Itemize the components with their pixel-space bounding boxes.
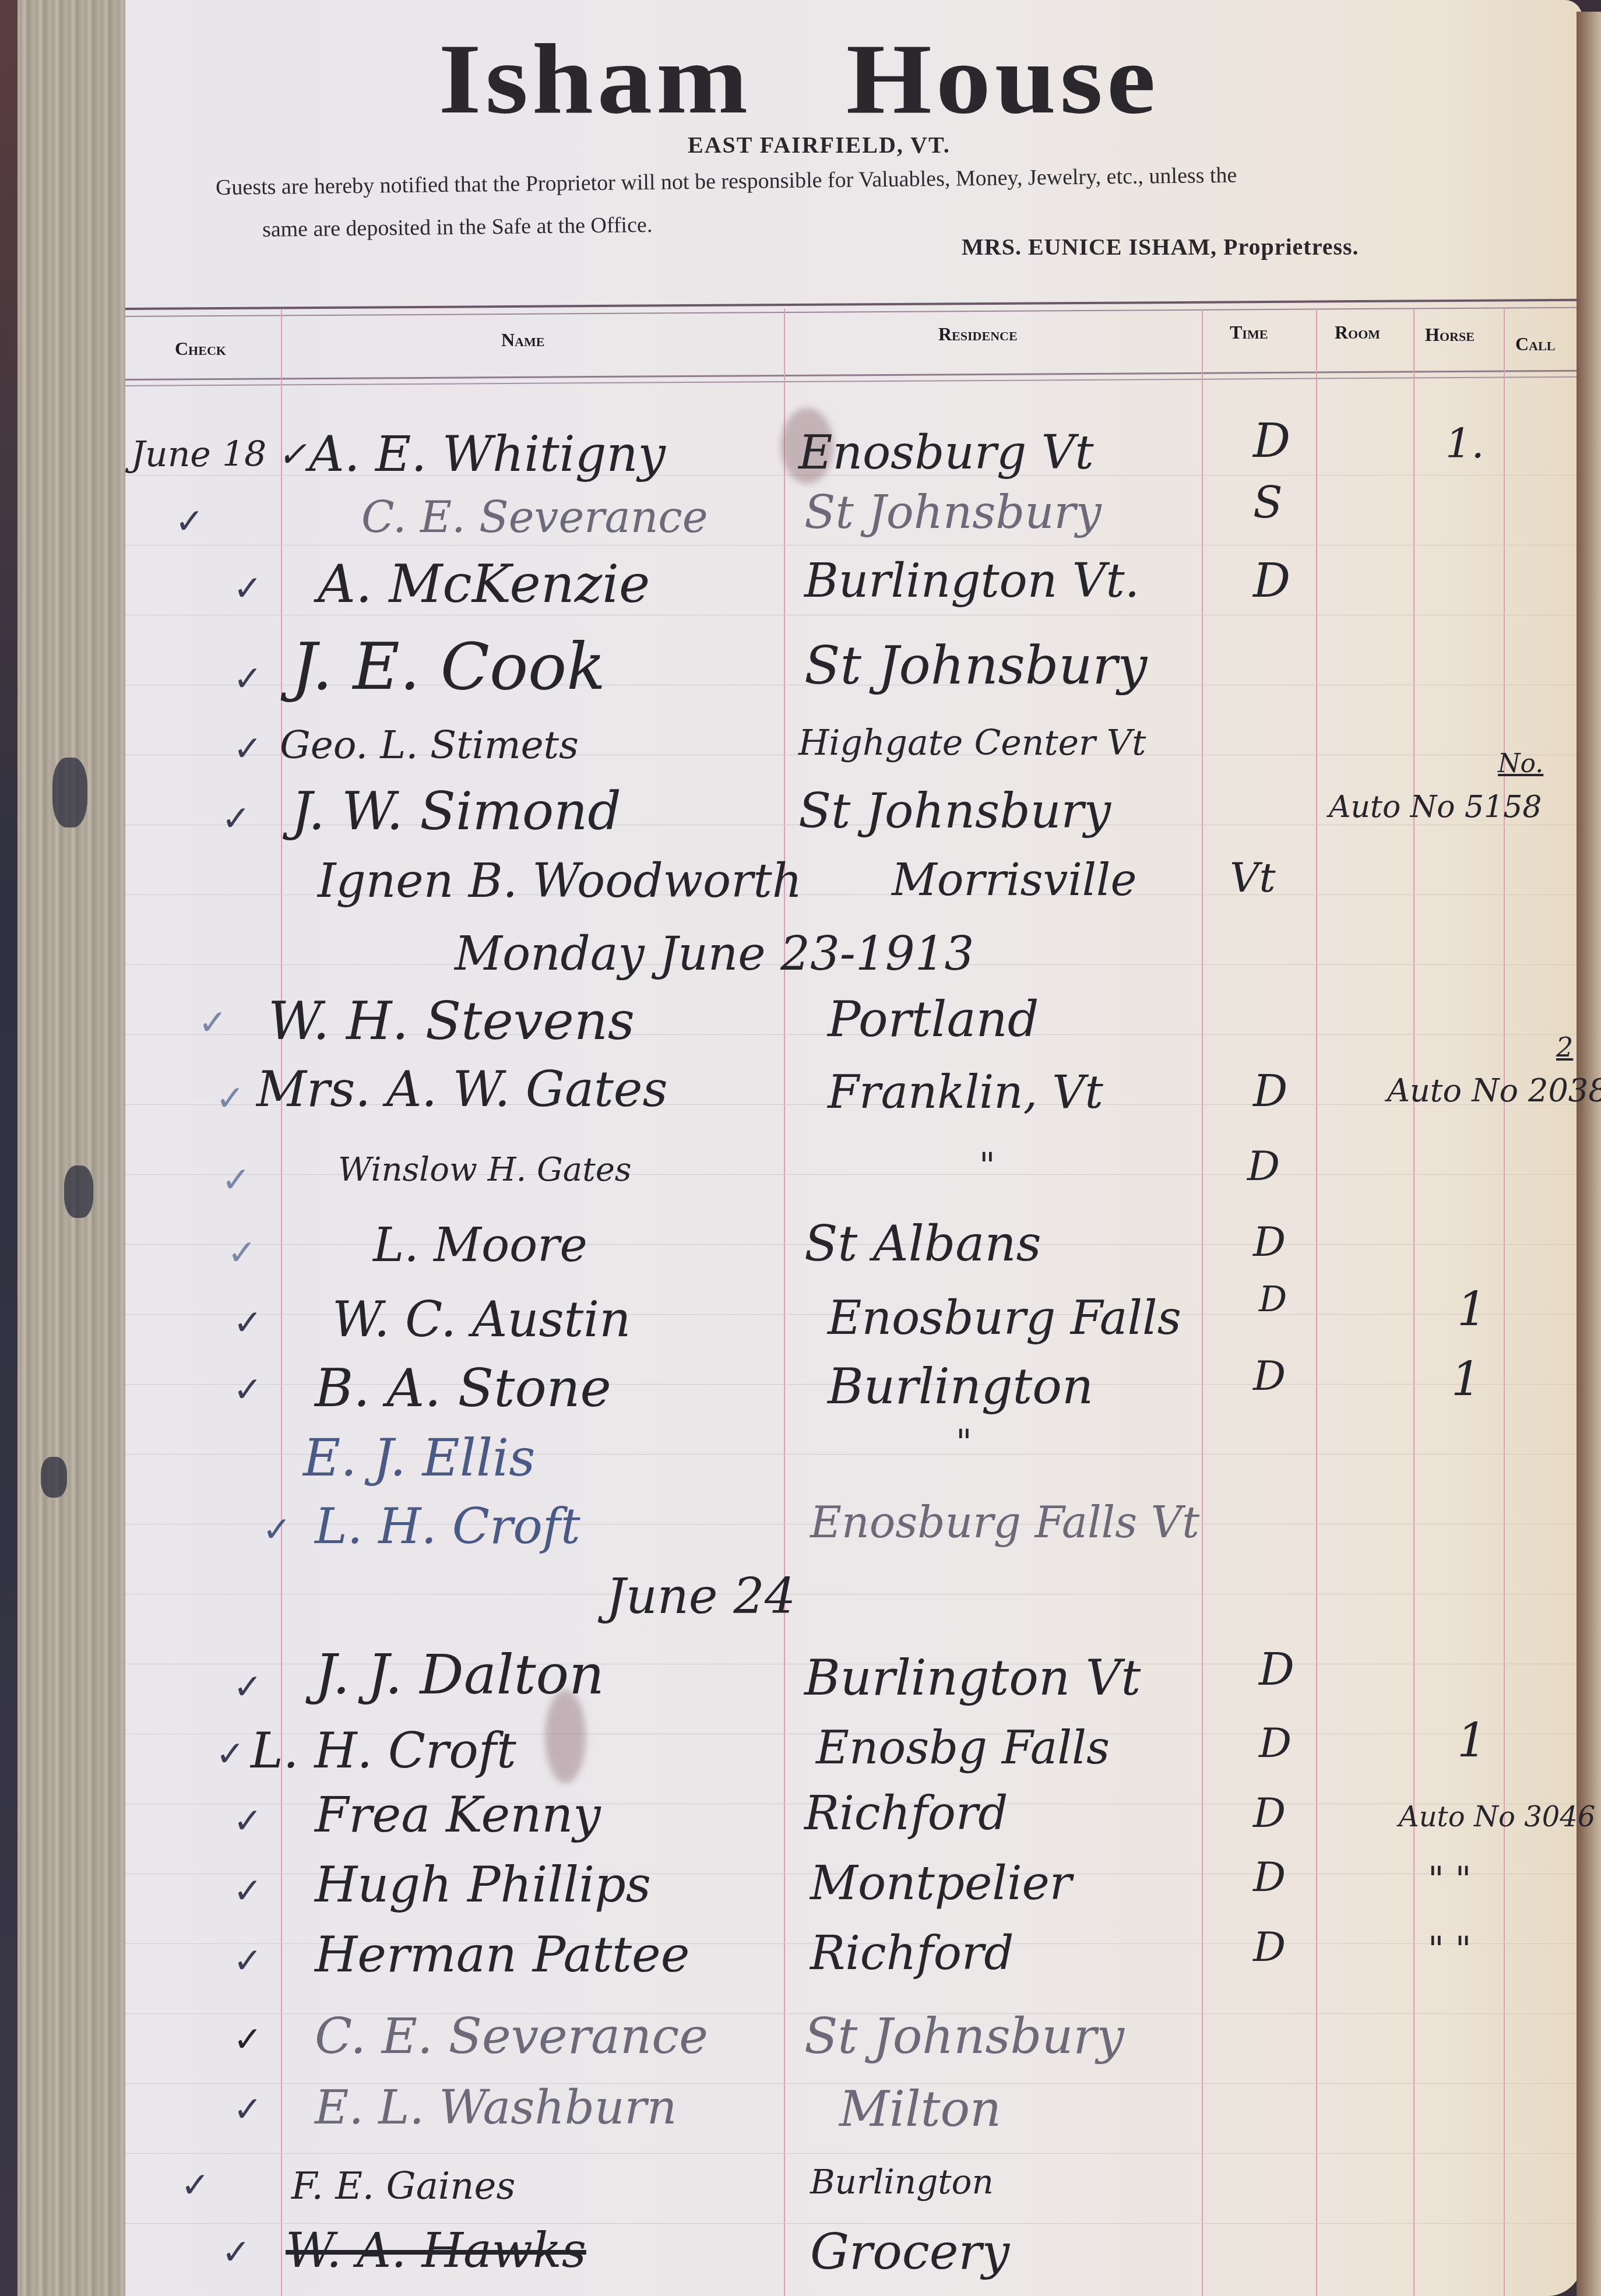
column-divider xyxy=(281,309,282,2296)
entry-residence: Franklin, Vt xyxy=(828,1066,1103,1119)
column-header-room: Room xyxy=(1335,322,1380,343)
book-cover-edge xyxy=(0,0,17,2296)
ink-stain xyxy=(41,1457,67,1498)
entry-check: ✓ xyxy=(233,1801,262,1841)
entry-name: E. L. Washburn xyxy=(315,2080,677,2135)
entry-check: ✓ xyxy=(221,798,251,839)
column-divider xyxy=(784,309,785,2296)
entry-time: D xyxy=(1259,1643,1294,1695)
entry-name: J. W. Simond xyxy=(291,781,621,842)
column-divider xyxy=(1316,309,1317,2296)
entry-horse-ditto: " " xyxy=(1428,1859,1471,1900)
entry-time: D xyxy=(1253,1066,1287,1117)
column-header-residence: Residence xyxy=(938,323,1018,345)
entry-call: 2 xyxy=(1556,1031,1573,1063)
entry-residence: Grocery xyxy=(810,2223,1009,2280)
entry-horse-auto: Auto No 5158 xyxy=(1329,790,1542,825)
entry-residence: St Johnsbury xyxy=(804,2008,1124,2065)
entry-residence: Enosburg Falls xyxy=(828,1291,1181,1345)
entry-residence: Enosbg Falls xyxy=(816,1722,1110,1774)
entry-residence: Burlington Vt xyxy=(804,1649,1141,1706)
date-header-june24: June 24 xyxy=(606,1568,796,1625)
entry-residence: St Albans xyxy=(804,1215,1041,1272)
entry-name: W. A. Hawks xyxy=(286,2223,586,2279)
entry-name: L. Moore xyxy=(373,1218,587,1272)
entry-time: D xyxy=(1253,414,1290,468)
entry-name: Mrs. A. W. Gates xyxy=(256,1061,668,1118)
entry-residence: St Johnsbury xyxy=(804,635,1147,696)
entry-name: J. J. Dalton xyxy=(315,1643,604,1707)
entry-time: S xyxy=(1253,478,1283,528)
entry-horse: 1. xyxy=(1445,420,1484,467)
entry-check: ✓ xyxy=(233,1871,262,1911)
date-header-monday: Monday June 23-1913 xyxy=(455,927,974,981)
entry-name: B. A. Stone xyxy=(315,1358,611,1419)
entry-name: C. E. Severance xyxy=(361,492,708,543)
entry-time: D xyxy=(1253,1853,1286,1901)
entry-residence: Richford xyxy=(810,1926,1014,1980)
entry-time: D xyxy=(1247,1142,1280,1190)
column-header-call: Call xyxy=(1515,333,1555,355)
entry-name: J. E. Cook xyxy=(291,629,606,704)
entry-name: W. C. Austin xyxy=(332,1291,631,1348)
ink-stain xyxy=(52,758,87,827)
entry-time: Vt xyxy=(1230,854,1276,902)
entry-residence: Morrisville xyxy=(892,854,1136,906)
entry-name: Hugh Phillips xyxy=(315,1856,651,1913)
entry-time: D xyxy=(1259,1279,1287,1320)
entry-check: ✓ xyxy=(198,1002,227,1043)
entry-call: No. xyxy=(1498,749,1543,779)
entry-check: ✓ xyxy=(216,1734,245,1774)
column-divider xyxy=(1504,309,1505,2296)
entry-horse: 1 xyxy=(1457,1713,1487,1767)
row-line xyxy=(125,615,1577,615)
column-header-horse: Horse xyxy=(1425,324,1475,346)
row-line xyxy=(125,545,1577,545)
entry-residence: Burlington xyxy=(828,1358,1093,1415)
entry-check: ✓ xyxy=(233,1941,262,1981)
row-line xyxy=(125,2153,1577,2154)
entry-time: D xyxy=(1253,1789,1286,1837)
entry-residence: " xyxy=(956,1422,972,1463)
column-header-check: Check xyxy=(175,338,226,360)
title-word-isham: Isham xyxy=(438,22,752,137)
column-header-name: Name xyxy=(501,329,544,351)
entry-check: ✓ xyxy=(227,1232,256,1273)
entry-horse-auto: Auto No 3046 xyxy=(1399,1801,1595,1833)
entry-horse-auto: Auto No 2038 xyxy=(1387,1072,1601,1109)
column-divider xyxy=(1413,309,1414,2296)
entry-check: ✓ xyxy=(175,501,204,542)
entry-check: ✓ xyxy=(233,2089,262,2130)
entry-check: ✓ xyxy=(233,1302,262,1343)
entry-name: L. H. Croft xyxy=(251,1722,516,1779)
entry-name: Winslow H. Gates xyxy=(338,1151,632,1189)
column-divider xyxy=(1202,309,1203,2296)
entry-residence: St Johnsbury xyxy=(804,487,1102,539)
entry-name: Ignen B. Woodworth xyxy=(318,854,802,908)
book-page-edges xyxy=(0,0,127,2296)
entry-time: D xyxy=(1259,1719,1292,1767)
entry-residence: Burlington xyxy=(810,2162,994,2202)
entry-check: ✓ xyxy=(233,2019,262,2060)
entry-name: A. E. Whitigny xyxy=(309,425,666,483)
entry-time: D xyxy=(1253,1218,1286,1266)
entry-name: F. E. Gaines xyxy=(291,2165,515,2208)
entry-horse-ditto: " " xyxy=(1428,1929,1471,1970)
entry-residence: Enosburg Falls Vt xyxy=(810,1498,1199,1548)
entry-residence: Milton xyxy=(839,2080,1001,2137)
entry-check: ✓ xyxy=(233,1667,262,1707)
entry-horse: 1 xyxy=(1457,1282,1487,1336)
entry-check: ✓ xyxy=(233,1369,262,1410)
entry-check: June 18 ✓ xyxy=(131,434,307,475)
entry-name: C. E. Severance xyxy=(315,2008,708,2065)
column-header-time: Time xyxy=(1230,322,1268,343)
proprietress: MRS. EUNICE ISHAM, Proprietress. xyxy=(962,233,1359,260)
entry-residence: " xyxy=(979,1145,995,1186)
entry-name: Frea Kenny xyxy=(315,1786,601,1843)
entry-residence: Enosburg Vt xyxy=(798,425,1094,480)
notice-line-2: same are deposited in the Safe at the Of… xyxy=(262,212,653,242)
location: EAST FAIRFIELD, VT. xyxy=(688,131,951,159)
entry-residence: Montpelier xyxy=(810,1856,1072,1910)
entry-time: D xyxy=(1253,1923,1286,1971)
entry-residence: St Johnsbury xyxy=(798,784,1111,839)
page-title: Isham House xyxy=(0,22,1601,137)
entry-residence: Portland xyxy=(828,991,1039,1048)
entry-name: L. H. Croft xyxy=(315,1498,580,1555)
entry-check: ✓ xyxy=(233,658,262,699)
entry-check: ✓ xyxy=(233,728,262,769)
entry-check: ✓ xyxy=(233,568,262,609)
ink-stain xyxy=(64,1165,93,1218)
entry-name: W. H. Stevens xyxy=(268,991,635,1052)
entry-check: ✓ xyxy=(181,2165,210,2206)
entry-name: E. J. Ellis xyxy=(303,1428,535,1488)
entry-horse: 1 xyxy=(1451,1352,1481,1406)
entry-name: Geo. L. Stimets xyxy=(280,723,579,767)
entry-name: A. McKenzie xyxy=(318,554,650,615)
book-right-edge xyxy=(1577,12,1601,2296)
entry-time: D xyxy=(1253,554,1290,608)
entry-check: ✓ xyxy=(216,1078,245,1119)
title-word-house: House xyxy=(846,22,1160,137)
entry-residence: Richford xyxy=(804,1786,1008,1840)
entry-time: D xyxy=(1253,1352,1286,1400)
entry-name: Herman Pattee xyxy=(315,1926,689,1983)
row-line xyxy=(125,1594,1577,1594)
entry-check: ✓ xyxy=(221,1160,251,1200)
entry-residence: Burlington Vt. xyxy=(804,554,1139,608)
entry-residence: Highgate Center Vt xyxy=(798,723,1146,763)
entry-check: ✓ xyxy=(262,1509,291,1550)
entry-check: ✓ xyxy=(221,2232,251,2273)
